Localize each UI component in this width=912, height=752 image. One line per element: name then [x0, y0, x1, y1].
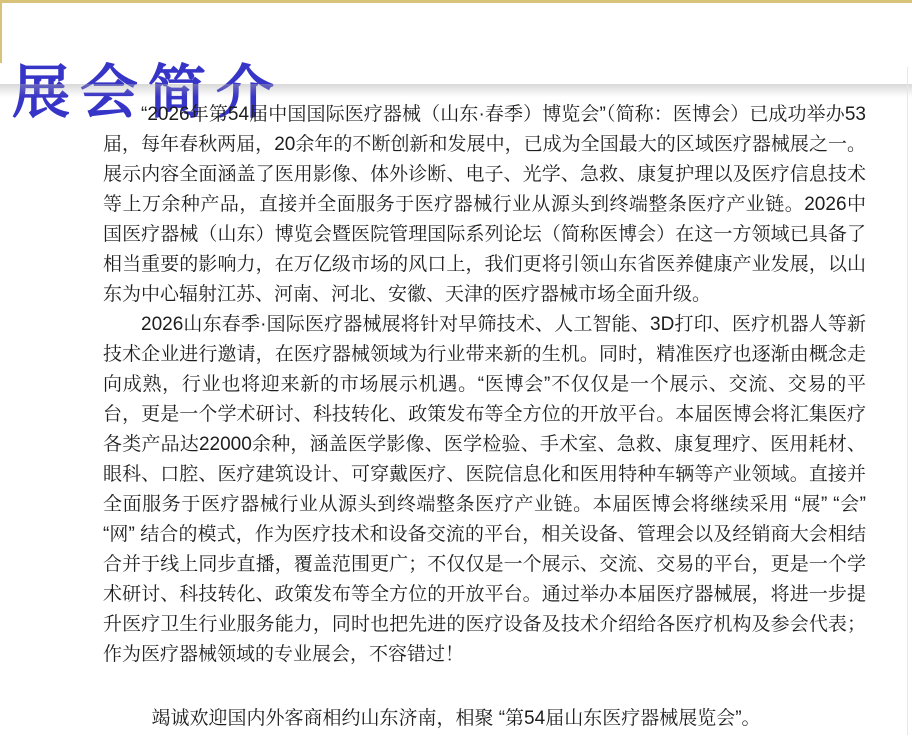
left-gold-border [0, 3, 2, 63]
intro-paragraph-1: “2026年第54届中国国际医疗器械（山东·春季）博览会”（简称：医博会）已成功… [103, 100, 866, 310]
welcome-closing-line: 竭诚欢迎国内外客商相约山东济南，相聚 “第54届山东医疗器械展览会”。 [0, 704, 912, 734]
exhibition-intro-page: 展会简介 “2026年第54届中国国际医疗器械（山东·春季）博览会”（简称：医博… [0, 0, 912, 752]
intro-text-body: “2026年第54届中国国际医疗器械（山东·春季）博览会”（简称：医博会）已成功… [103, 100, 866, 670]
top-gold-border [0, 0, 912, 3]
intro-paragraph-2: 2026山东春季·国际医疗器械展将针对早筛技术、人工智能、3D打印、医疗机器人等… [103, 310, 866, 670]
right-panel-edge [907, 67, 908, 735]
header-bottom-shadow [0, 84, 912, 97]
